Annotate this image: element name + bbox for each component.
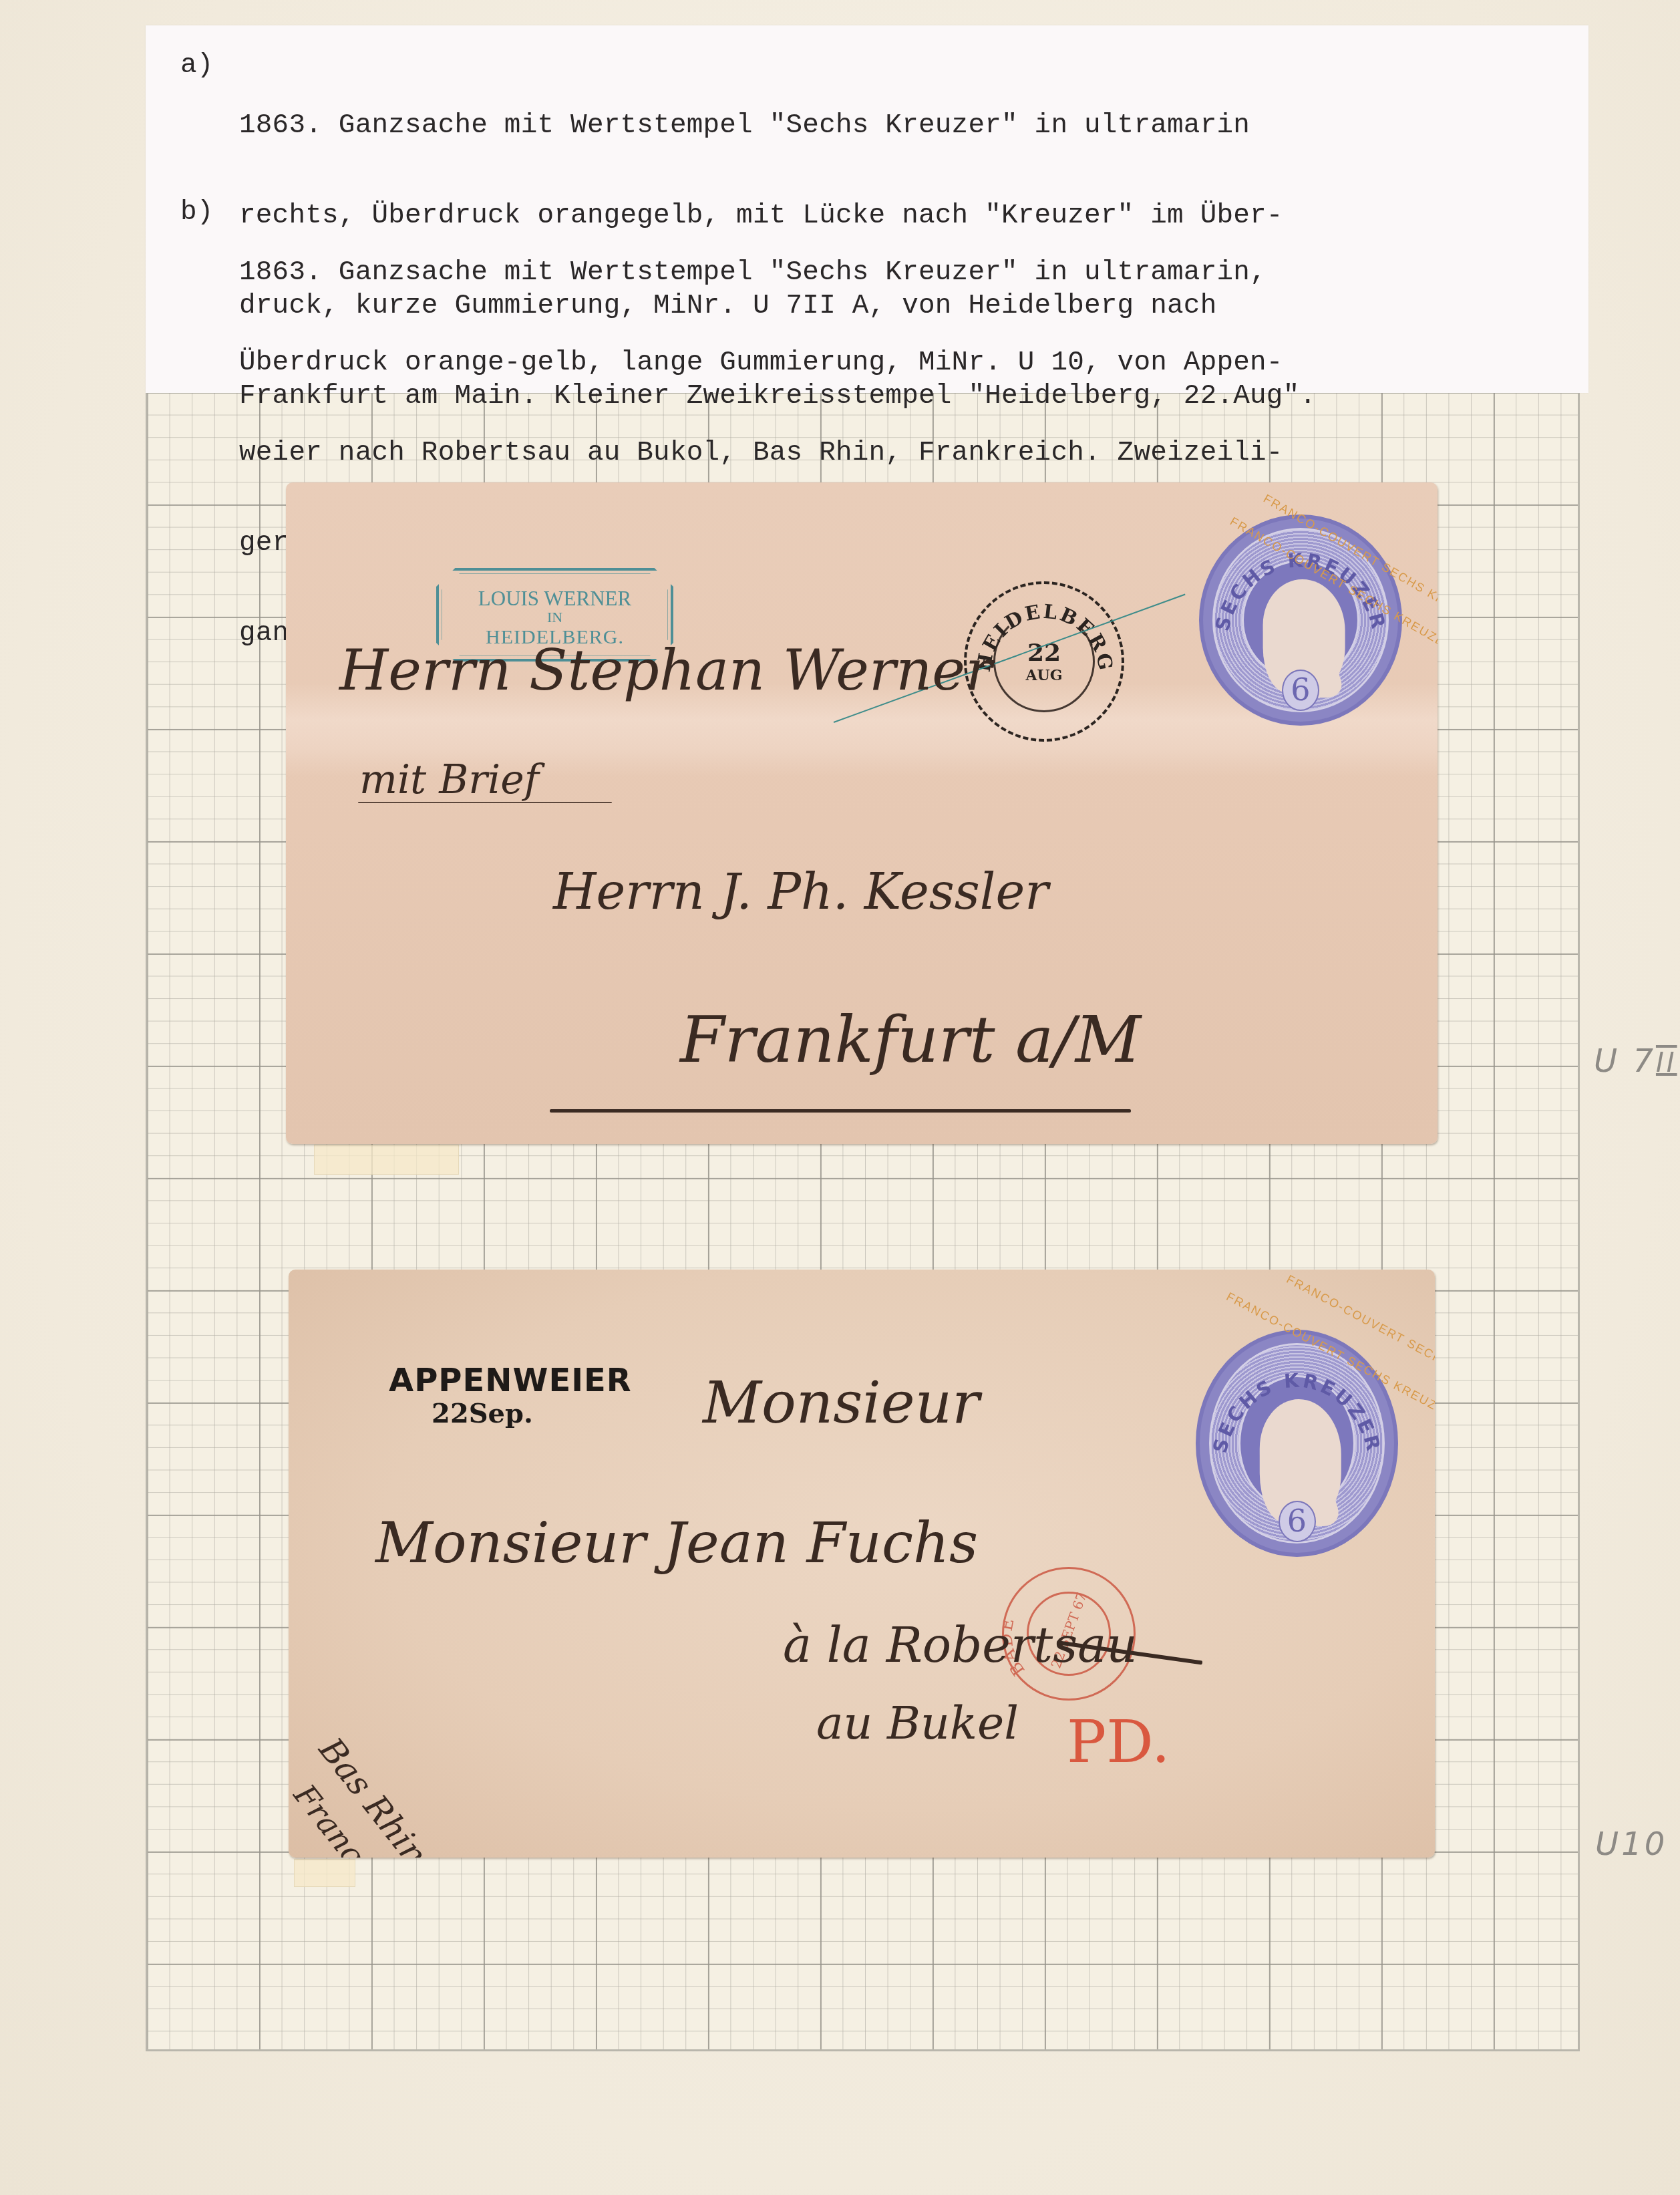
caption-label: a) — [180, 51, 240, 81]
address-line: Monsieur Jean Fuchs — [375, 1510, 978, 1576]
address-line: Monsieur — [703, 1370, 979, 1437]
caption-line: 1863. Ganzsache mit Wertstempel "Sechs K… — [239, 111, 1316, 141]
address-line: Herrn Stephan Werner — [339, 637, 992, 703]
sender-stamp-line: IN — [439, 609, 671, 625]
strike-line — [358, 802, 612, 803]
hinge-tape — [294, 1859, 355, 1887]
caption-label: b) — [180, 198, 240, 228]
catalog-note-text: U 7 — [1594, 1042, 1656, 1080]
address-line: Herrn J. Ph. Kessler — [553, 863, 1049, 921]
catalog-note-roman: II — [1656, 1048, 1677, 1078]
envelope-a: LOUIS WERNER IN HEIDELBERG. HEIDELBERG 2… — [286, 482, 1438, 1144]
caption-line: 1863. Ganzsache mit Wertstempel "Sechs K… — [239, 258, 1283, 288]
stamp-value: 6 — [1282, 670, 1319, 711]
svg-text:SECHS KREUZER: SECHS KREUZER — [1208, 1368, 1385, 1455]
underline-stroke — [550, 1109, 1131, 1113]
imprinted-stamp: SECHS KREUZER 6 — [1199, 515, 1402, 726]
caption-line: Überdruck orange-gelb, lange Gummierung,… — [239, 348, 1283, 378]
caption-line: weier nach Robertsau au Bukol, Bas Rhin,… — [239, 438, 1283, 468]
sender-stamp-line: LOUIS WERNER — [439, 588, 671, 609]
appenweier-stamp: APPENWEIER 22Sep. — [389, 1363, 576, 1430]
caption-slip: a) 1863. Ganzsache mit Wertstempel "Sech… — [146, 25, 1588, 393]
hinge-tape — [314, 1145, 459, 1175]
catalog-note-b: U10 — [1595, 1825, 1667, 1863]
envelope-b: APPENWEIER 22Sep. SECHS KREUZER 6 FRANCO… — [289, 1270, 1435, 1858]
town-stamp-date: 22Sep. — [389, 1398, 576, 1430]
stamp-value: 6 — [1279, 1501, 1316, 1542]
catalog-note-a: U 7II — [1594, 1042, 1677, 1080]
address-line: mit Brief — [359, 756, 539, 803]
address-line: Frankfurt a/M — [680, 1002, 1141, 1077]
address-line: au Bukel — [816, 1697, 1019, 1750]
town-stamp-line: APPENWEIER — [389, 1363, 576, 1398]
pd-mark: PD. — [1067, 1707, 1170, 1776]
